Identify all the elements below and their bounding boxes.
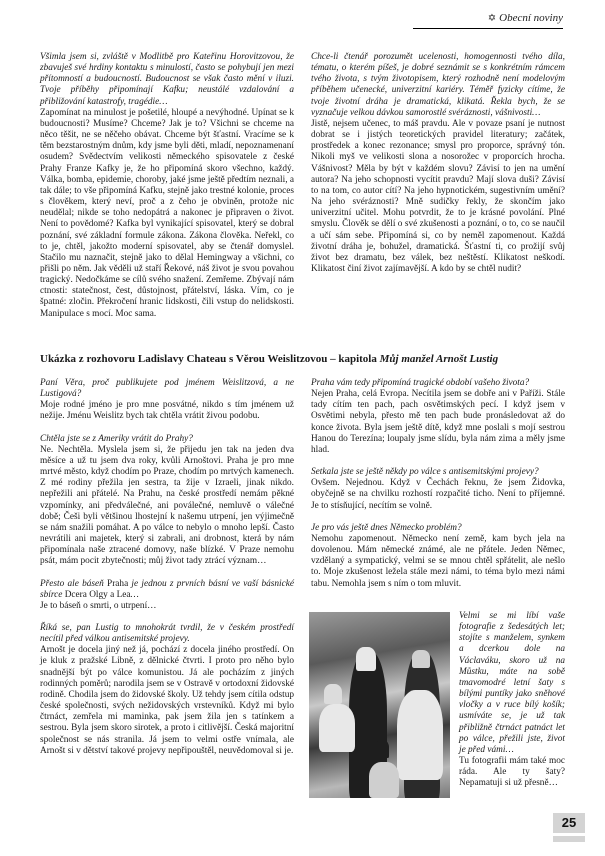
interview-question: Paní Věra, proč publikujete pod jménem W… [40, 378, 294, 400]
interview-answer: Arnošt je docela jiný než já, pochází z … [40, 645, 294, 757]
page-number-bar [553, 836, 585, 842]
answer-text: Zapomínat na minulost je pošetilé, hloup… [40, 108, 294, 320]
star-of-david-icon: ✡ [488, 13, 496, 24]
section-heading: Ukázka z rozhovoru Ladislavy Chateau s V… [40, 353, 570, 365]
section-heading-chapter: Můj manžel Arnošt Lustig [380, 353, 499, 365]
interview-question: Praha vám tedy připomíná tragické období… [311, 378, 565, 389]
interview-question: Je pro vás ještě dnes Německo problém? [311, 523, 565, 534]
family-photo [309, 612, 450, 798]
photo-caption: Velmi se mi líbí vaše fotografie z šedes… [459, 611, 565, 790]
caption-answer: Tu fotografii mám také moc ráda. Ale ty … [459, 756, 565, 789]
interview-answer: Ovšem. Nejednou. Když v Čechách řeknu, ž… [311, 478, 565, 511]
page-number: 25 [553, 813, 585, 833]
top-right-column: Chce-li čtenář porozumět ucelenosti, hom… [311, 52, 565, 275]
running-header: ✡Obecní noviny [413, 12, 563, 24]
publication-title: Obecní noviny [499, 12, 563, 24]
interview-answer: Ne. Nechtěla. Myslela jsem si, že přijed… [40, 445, 294, 568]
interview-question: Říká se, pan Lustig to mnohokrát tvrdil,… [40, 623, 294, 645]
interview-answer: Moje rodné jméno je pro mne posvátné, ni… [40, 400, 294, 422]
interview-question: Setkala jste se ještě někdy po válce s a… [311, 467, 565, 478]
interview-right-column: Praha vám tedy připomíná tragické období… [311, 378, 565, 590]
header-rule [413, 28, 563, 29]
interview-answer: Nemohu zapomenout. Německo není země, ka… [311, 534, 565, 590]
section-heading-text: Ukázka z rozhovoru Ladislavy Chateau s V… [40, 353, 380, 365]
interview-answer: Je to báseň o smrti, o utrpení… [40, 601, 294, 612]
interview-answer: Nejen Praha, celá Evropa. Necítila jsem … [311, 389, 565, 456]
interview-question: Přesto ale báseň Praha je jednou z první… [40, 579, 294, 601]
question-text: Chce-li čtenář porozumět ucelenosti, hom… [311, 52, 565, 119]
interview-left-column: Paní Věra, proč publikujete pod jménem W… [40, 378, 294, 757]
interview-question: Chtěla jste se z Ameriky vrátit do Prahy… [40, 434, 294, 445]
answer-text: Jistě, nejsem učenec, to máš pravdu. Ale… [311, 119, 565, 275]
question-text: Všimla jsem si, zvláště v Modlitbě pro K… [40, 52, 294, 108]
caption-question: Velmi se mi líbí vaše fotografie z šedes… [459, 611, 565, 756]
top-left-column: Všimla jsem si, zvláště v Modlitbě pro K… [40, 52, 294, 320]
